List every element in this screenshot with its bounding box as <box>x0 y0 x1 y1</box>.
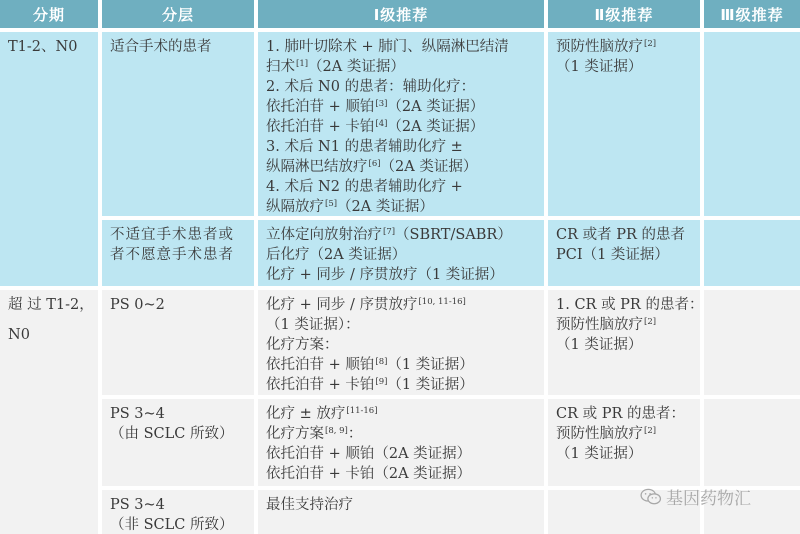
line-text: 依托泊苷 + 顺铂（2A 类证据） <box>266 446 471 462</box>
cell-level1: 化疗 ± 放疗[11-16]化疗方案[8, 9]：依托泊苷 + 顺铂（2A 类证… <box>258 399 544 486</box>
cell-line: PS 3~4 <box>110 495 246 515</box>
cell-layer: 适合手术的患者 <box>102 32 254 216</box>
reference-citation: [2] <box>644 426 656 436</box>
line-text: 立体定向放射治疗 <box>266 227 382 243</box>
cell-line: CR 或者 PR 的患者 <box>556 225 692 245</box>
header-level2: Ⅱ级推荐 <box>548 0 700 28</box>
reference-citation: [3] <box>375 99 387 109</box>
treatment-recommendation-table: 分期 分层 Ⅰ级推荐 Ⅱ级推荐 Ⅲ级推荐 T1-2、N0 适合手术的患者 1. … <box>0 0 800 534</box>
line-text: 化疗 + 同步 / 序贯放疗 <box>266 297 417 313</box>
cell-line: （由 SCLC 所致） <box>110 424 246 444</box>
cell-line: 预防性脑放疗[2] <box>556 424 692 444</box>
cell-line: 依托泊苷 + 卡铂[4]（2A 类证据） <box>266 117 536 137</box>
cell-line: N0 <box>8 320 90 350</box>
reference-citation: [9] <box>375 377 387 387</box>
line-text: CR 或者 PR 的患者 <box>556 227 685 243</box>
line-text: 依托泊苷 + 顺铂 <box>266 357 374 373</box>
cell-level2: CR 或 PR 的患者：预防性脑放疗[2]（1 类证据） <box>548 399 700 486</box>
evidence-level: （2A 类证据） <box>381 159 478 175</box>
evidence-level: （SBRT/SABR） <box>395 227 512 243</box>
cell-line: 最佳支持治疗 <box>266 495 536 515</box>
evidence-level: （2A 类证据） <box>308 59 405 75</box>
cell-line: （1 类证据） <box>556 444 692 464</box>
line-text: 预防性脑放疗 <box>556 39 643 55</box>
line-text: 纵隔放疗 <box>266 199 324 215</box>
evidence-level: （2A 类证据） <box>337 199 434 215</box>
reference-citation: [5] <box>325 199 337 209</box>
line-text: （1 类证据） <box>556 337 642 353</box>
reference-citation: [7] <box>383 227 395 237</box>
cell-line: 纵隔淋巴结放疗[6]（2A 类证据） <box>266 157 536 177</box>
cell-level2: CR 或者 PR 的患者PCI（1 类证据） <box>548 220 700 286</box>
line-text: （1 类证据）： <box>266 317 360 333</box>
cell-line: 依托泊苷 + 卡铂（2A 类证据） <box>266 464 536 484</box>
line-text: 预防性脑放疗 <box>556 317 643 333</box>
cell-line: PCI（1 类证据） <box>556 245 692 265</box>
cell-line: 化疗 + 同步 / 序贯放疗（1 类证据） <box>266 265 536 285</box>
line-text: CR 或 PR 的患者： <box>556 406 685 422</box>
cell-line: 超 过 T1-2， <box>8 290 90 320</box>
cell-line: PS 0~2 <box>110 295 246 315</box>
evidence-level: （2A 类证据） <box>387 99 484 115</box>
cell-line: （非 SCLC 所致） <box>110 515 246 534</box>
cell-line: 2. 术后 N0 的患者：辅助化疗： <box>266 77 536 97</box>
cell-layer: PS 0~2 <box>102 290 254 395</box>
cell-line: 依托泊苷 + 顺铂[3]（2A 类证据） <box>266 97 536 117</box>
evidence-level: （1 类证据） <box>387 377 473 393</box>
line-text: 化疗 ± 放疗 <box>266 406 345 422</box>
cell-level3 <box>704 220 800 286</box>
stage-text: T1-2、N0 <box>8 37 90 57</box>
layer-text: 适合手术的患者 <box>110 37 246 57</box>
cell-layer: 不适宜手术患者或者不愿意手术患者 <box>102 220 254 286</box>
cell-line: 化疗方案： <box>266 335 536 355</box>
cell-line: 不适宜手术患者或 <box>110 225 246 245</box>
header-level1: Ⅰ级推荐 <box>258 0 544 28</box>
cell-level1: 化疗 + 同步 / 序贯放疗[10, 11-16]（1 类证据）：化疗方案：依托… <box>258 290 544 395</box>
cell-line: 3. 术后 N1 的患者辅助化疗 ± <box>266 137 536 157</box>
reference-citation: [8, 9] <box>325 426 348 436</box>
cell-line: （1 类证据） <box>556 57 692 77</box>
cell-line: 扫术[1]（2A 类证据） <box>266 57 536 77</box>
cell-layer: PS 3~4（非 SCLC 所致） <box>102 490 254 534</box>
watermark: 基因药物汇 <box>640 484 751 509</box>
cell-line: 4. 术后 N2 的患者辅助化疗 + <box>266 177 536 197</box>
line-text: （1 类证据） <box>556 59 642 75</box>
cell-line: 依托泊苷 + 顺铂[8]（1 类证据） <box>266 355 536 375</box>
line-text: 依托泊苷 + 卡铂 <box>266 377 374 393</box>
line-text: 1. CR 或 PR 的患者： <box>556 297 700 313</box>
cell-line: 化疗方案[8, 9]： <box>266 424 536 444</box>
cell-level1: 最佳支持治疗 <box>258 490 544 534</box>
evidence-level: （1 类证据） <box>387 357 473 373</box>
line-text: 1. 肺叶切除术 + 肺门、纵隔淋巴结清 <box>266 39 509 55</box>
cell-level3 <box>704 290 800 395</box>
cell-line: （1 类证据）： <box>266 315 536 335</box>
line-text: 纵隔淋巴结放疗 <box>266 159 368 175</box>
line-text: 扫术 <box>266 59 295 75</box>
cell-stage-beyond: 超 过 T1-2，N0 <box>0 290 98 534</box>
cell-line: 立体定向放射治疗[7]（SBRT/SABR） <box>266 225 536 245</box>
cell-level3 <box>704 399 800 486</box>
cell-line: （1 类证据） <box>556 335 692 355</box>
cell-line: 后化疗（2A 类证据） <box>266 245 536 265</box>
cell-level2: 1. CR 或 PR 的患者：预防性脑放疗[2]（1 类证据） <box>548 290 700 395</box>
cell-layer: PS 3~4（由 SCLC 所致） <box>102 399 254 486</box>
line-text: 依托泊苷 + 卡铂 <box>266 119 374 135</box>
cell-line: 预防性脑放疗[2] <box>556 315 692 335</box>
header-layer: 分层 <box>102 0 254 28</box>
line-text: 依托泊苷 + 顺铂 <box>266 99 374 115</box>
cell-level2: 预防性脑放疗[2]（1 类证据） <box>548 32 700 216</box>
cell-stage-t12n0: T1-2、N0 <box>0 32 98 286</box>
line-text: 化疗方案 <box>266 426 324 442</box>
line-text: 依托泊苷 + 卡铂（2A 类证据） <box>266 466 471 482</box>
cell-level3 <box>704 32 800 216</box>
cell-line: CR 或 PR 的患者： <box>556 404 692 424</box>
cell-line: 化疗 ± 放疗[11-16] <box>266 404 536 424</box>
cell-line: 依托泊苷 + 顺铂（2A 类证据） <box>266 444 536 464</box>
reference-citation: [8] <box>375 357 387 367</box>
line-text: 2. 术后 N0 的患者：辅助化疗： <box>266 79 475 95</box>
cell-line: PS 3~4 <box>110 404 246 424</box>
evidence-level: ： <box>348 426 363 442</box>
cell-level1: 1. 肺叶切除术 + 肺门、纵隔淋巴结清扫术[1]（2A 类证据）2. 术后 N… <box>258 32 544 216</box>
watermark-text: 基因药物汇 <box>666 484 751 509</box>
line-text: 最佳支持治疗 <box>266 497 353 513</box>
cell-line: 1. CR 或 PR 的患者： <box>556 295 692 315</box>
reference-citation: [11-16] <box>346 406 377 416</box>
reference-citation: [1] <box>296 59 308 69</box>
cell-level1: 立体定向放射治疗[7]（SBRT/SABR）后化疗（2A 类证据）化疗 + 同步… <box>258 220 544 286</box>
reference-citation: [2] <box>644 39 656 49</box>
reference-citation: [6] <box>369 159 381 169</box>
reference-citation: [2] <box>644 317 656 327</box>
line-text: 化疗 + 同步 / 序贯放疗（1 类证据） <box>266 267 504 283</box>
reference-citation: [4] <box>375 119 387 129</box>
cell-line: 1. 肺叶切除术 + 肺门、纵隔淋巴结清 <box>266 37 536 57</box>
line-text: 预防性脑放疗 <box>556 426 643 442</box>
wechat-icon <box>640 488 662 506</box>
evidence-level: （2A 类证据） <box>387 119 484 135</box>
header-level3: Ⅲ级推荐 <box>704 0 800 28</box>
reference-citation: [10, 11-16] <box>418 297 465 307</box>
line-text: PCI（1 类证据） <box>556 247 669 263</box>
line-text: 后化疗（2A 类证据） <box>266 247 406 263</box>
cell-line: 化疗 + 同步 / 序贯放疗[10, 11-16] <box>266 295 536 315</box>
line-text: 4. 术后 N2 的患者辅助化疗 + <box>266 179 463 195</box>
cell-line: 者不愿意手术患者 <box>110 245 246 265</box>
line-text: 3. 术后 N1 的患者辅助化疗 ± <box>266 139 463 155</box>
line-text: 化疗方案： <box>266 337 339 353</box>
cell-line: 依托泊苷 + 卡铂[9]（1 类证据） <box>266 375 536 395</box>
cell-line: 预防性脑放疗[2] <box>556 37 692 57</box>
cell-line: 纵隔放疗[5]（2A 类证据） <box>266 197 536 216</box>
header-stage: 分期 <box>0 0 98 28</box>
line-text: （1 类证据） <box>556 446 642 462</box>
